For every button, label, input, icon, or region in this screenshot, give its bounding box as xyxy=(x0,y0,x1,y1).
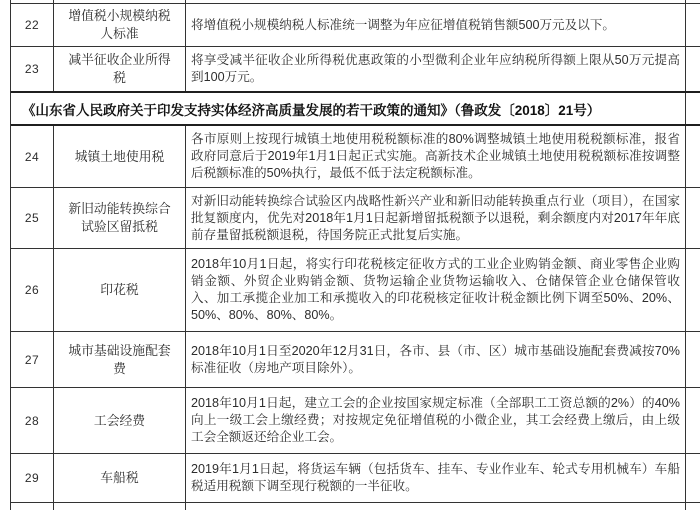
clipped-edge-cell xyxy=(686,388,700,453)
table-row: 27 城市基础设施配套费 2018年10月1日至2020年12月31日，各市、县… xyxy=(11,332,700,388)
document-page: 22 增值税小规模纳税人标准 将增值税小规模纳税人标准统一调整为年应征增值税销售… xyxy=(0,0,700,510)
section-header-row: 《山东省人民政府关于印发支持实体经济高质量发展的若干政策的通知》（鲁政发〔201… xyxy=(11,91,700,126)
row-number-cell: 27 xyxy=(11,332,54,387)
clipped-edge-cell xyxy=(686,188,700,248)
tax-item-title-cell xyxy=(54,503,186,510)
policy-detail-cell: 将增值税小规模纳税人标准统一调整为年应征增值税销售额500万元及以下。 xyxy=(186,4,686,46)
clipped-edge-cell xyxy=(686,454,700,502)
policy-detail-cell: 2019年1月1日起，将货运车辆（包括货车、挂车、专业作业车、轮式专用机械车）车… xyxy=(186,454,686,502)
policy-detail-cell: 对新旧动能转换综合试验区内战略性新兴产业和新旧动能转换重点行业（项目），在国家批… xyxy=(186,188,686,248)
table-row: 24 城镇土地使用税 各市原则上按现行城镇土地使用税税额标准的80%调整城镇土地… xyxy=(11,126,700,188)
policy-detail-cell: 2018年10月1日起，将实行印花税核定征收方式的工业企业购销金额、商业零售企业… xyxy=(186,249,686,331)
table-row: 29 车船税 2019年1月1日起，将货运车辆（包括货车、挂车、专业作业车、轮式… xyxy=(11,454,700,503)
row-number-cell: 24 xyxy=(11,126,54,187)
tax-item-title-cell: 工会经费 xyxy=(54,388,186,453)
tax-item-title-cell: 增值税小规模纳税人标准 xyxy=(54,4,186,46)
table-row: 25 新旧动能转换综合试验区留抵税 对新旧动能转换综合试验区内战略性新兴产业和新… xyxy=(11,188,700,249)
table-row: 26 印花税 2018年10月1日起，将实行印花税核定征收方式的工业企业购销金额… xyxy=(11,249,700,332)
row-number-cell xyxy=(11,503,54,510)
policy-detail-cell: 2018年10月1日起，建立工会的企业按国家规定标准（全部职工工资总额的2%）的… xyxy=(186,388,686,453)
table-row: 22 增值税小规模纳税人标准 将增值税小规模纳税人标准统一调整为年应征增值税销售… xyxy=(11,4,700,47)
table-row-clipped-bottom xyxy=(11,503,700,510)
policy-detail-cell: 将享受减半征收企业所得税优惠政策的小型微利企业年应纳税所得额上限从50万元提高到… xyxy=(186,47,686,91)
clipped-edge-cell xyxy=(686,503,700,510)
row-number-cell: 25 xyxy=(11,188,54,248)
row-number-cell: 26 xyxy=(11,249,54,331)
policy-detail-cell: 2018年10月1日至2020年12月31日，各市、县（市、区）城市基础设施配套… xyxy=(186,332,686,387)
clipped-edge-cell xyxy=(686,126,700,187)
clipped-edge-cell xyxy=(686,0,700,3)
tax-item-title-cell: 印花税 xyxy=(54,249,186,331)
policy-detail-cell xyxy=(186,503,686,510)
clipped-edge-cell xyxy=(686,93,700,124)
clipped-edge-cell xyxy=(686,249,700,331)
clipped-edge-cell xyxy=(686,47,700,91)
table-row: 23 减半征收企业所得税 将享受减半征收企业所得税优惠政策的小型微利企业年应纳税… xyxy=(11,47,700,91)
section-header-text: 《山东省人民政府关于印发支持实体经济高质量发展的若干政策的通知》（鲁政发〔201… xyxy=(11,93,686,124)
tax-item-title-cell: 城市基础设施配套费 xyxy=(54,332,186,387)
tax-item-title-cell: 车船税 xyxy=(54,454,186,502)
clipped-edge-cell xyxy=(686,4,700,46)
tax-item-title-cell: 减半征收企业所得税 xyxy=(54,47,186,91)
table-row: 28 工会经费 2018年10月1日起，建立工会的企业按国家规定标准（全部职工工… xyxy=(11,388,700,454)
clipped-edge-cell xyxy=(686,332,700,387)
tax-item-title-cell: 城镇土地使用税 xyxy=(54,126,186,187)
policy-detail-cell: 各市原则上按现行城镇土地使用税税额标准的80%调整城镇土地使用税税额标准，报省政… xyxy=(186,126,686,187)
row-number-cell: 23 xyxy=(11,47,54,91)
policy-table: 22 增值税小规模纳税人标准 将增值税小规模纳税人标准统一调整为年应征增值税销售… xyxy=(10,0,700,510)
row-number-cell xyxy=(11,0,54,3)
row-number-cell: 28 xyxy=(11,388,54,453)
row-number-cell: 29 xyxy=(11,454,54,502)
row-number-cell: 22 xyxy=(11,4,54,46)
tax-item-title-cell: 新旧动能转换综合试验区留抵税 xyxy=(54,188,186,248)
